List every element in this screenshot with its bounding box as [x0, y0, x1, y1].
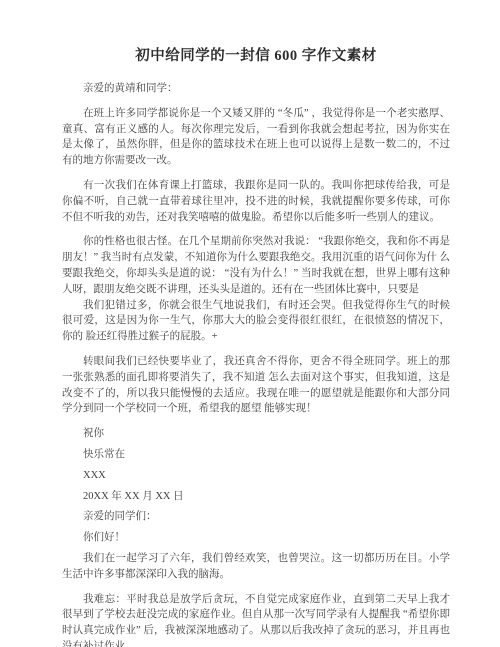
short-line: 20XX 年 XX 月 XX 日 — [62, 489, 450, 505]
paragraph: 有一次我们在体育课上打篮球，我跟你是同一队的。我叫你把球传给我，可是你偏不听，自… — [62, 178, 450, 225]
document-title: 初中给同学的一封信 600 字作文素材 — [62, 46, 450, 66]
short-line: XXX — [62, 468, 450, 484]
short-line: 亲爱的同学们： — [62, 509, 450, 525]
paragraph: 转眼间我们已经快要毕业了，我还真舍不得你，更舍不得全班同学。班上的那一张张熟悉的… — [62, 354, 450, 417]
document-page: 初中给同学的一封信 600 字作文素材 亲爱的黄靖和同学：在班上许多同学都说你是… — [0, 0, 500, 647]
salutation-line: 亲爱的黄靖和同学： — [62, 81, 450, 97]
paragraph: 我们在一起学习了六年，我们曾经欢笑，也曾哭泣。这一切都历历在目。小学生活中许多事… — [62, 551, 450, 583]
paragraph: 我们犯错过多，你就会很生气地说我们，有时还会哭。但我觉得你生气的时候很可爱，这是… — [62, 298, 450, 345]
short-line: 你们好！ — [62, 530, 450, 546]
short-line: 祝你 — [62, 426, 450, 442]
document-body: 亲爱的黄靖和同学：在班上许多同学都说你是一个又矮又胖的 “冬瓜” ，我觉得你是一… — [62, 81, 450, 647]
paragraph: 你的性格也很古怪。在几个星期前你突然对我说： “我跟你绝交，我和你不再是朋友！”… — [62, 234, 450, 297]
short-line: 快乐常在 — [62, 447, 450, 463]
paragraph: 我难忘：平时我总是放学后贪玩，不自觉完成家庭作业，直到第二天早上我才很早到了学校… — [62, 592, 450, 647]
paragraph: 在班上许多同学都说你是一个又矮又胖的 “冬瓜” ，我觉得你是一个老实憨厚、童真、… — [62, 106, 450, 169]
